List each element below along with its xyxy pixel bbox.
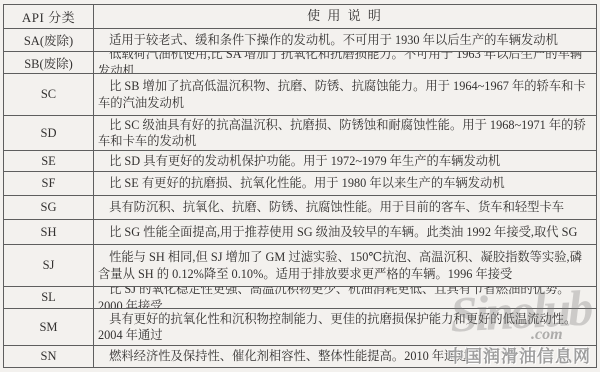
api-category-cell: SM [4, 309, 94, 345]
table-row-sn: SN 燃料经济性及保持性、催化剂相容性、整体性能提高。2010 年通过 [4, 346, 596, 367]
usage-description-text: 适用于较老式、缓和条件下操作的发动机。不可用于 1930 年以后生产的车辆发动机 [98, 32, 558, 49]
usage-description-cell: 比 SG 性能全面提高,用于推荐使用 SG 级油及较早的车辆。此类油 1992 … [94, 220, 596, 244]
api-category-cell: SA(废除) [4, 29, 94, 51]
usage-description-cell: 性能与 SH 相同,但 SJ 增加了 GM 过滤实验、150℃抗泡、高温沉积、凝… [94, 245, 596, 286]
column-header-usage-notes-label: 使 用 说 明 [307, 8, 383, 25]
table-row-sa: SA(废除) 适用于较老式、缓和条件下操作的发动机。不可用于 1930 年以后生… [4, 29, 596, 52]
usage-description-cell: 比 SJ 的氧化稳定性更强、高温沉积物更少、机油消耗更低、且具有节省燃油的优势。… [94, 287, 596, 308]
usage-description-text: 比 SE 有更好的抗磨损、抗氧化性能。用于 1980 年以来生产的车辆发动机 [98, 175, 505, 192]
api-category-cell: SN [4, 346, 94, 367]
usage-description-text: 性能与 SH 相同,但 SJ 增加了 GM 过滤实验、150℃抗泡、高温沉积、凝… [98, 249, 590, 282]
usage-description-text: 比 SC 级油具有好的抗高温沉积、抗磨损、防锈蚀和耐腐蚀性能。用于 1968~1… [98, 117, 590, 150]
scanned-table-page: API 分类 使 用 说 明 SA(废除) 适用于较老式、缓和条件下操作的发动机… [0, 0, 600, 372]
api-category-cell: SE [4, 151, 94, 171]
column-header-api-category: API 分类 [4, 5, 94, 28]
table-header-row: API 分类 使 用 说 明 [4, 5, 596, 29]
usage-description-text: 具有更好的抗氧化性和沉积物控制能力、更佳的抗磨损保护能力和更好的低温流动性。20… [98, 311, 590, 344]
usage-description-cell: 比 SC 级油具有好的抗高温沉积、抗磨损、防锈蚀和耐腐蚀性能。用于 1968~1… [94, 116, 596, 150]
usage-description-cell: 比 SE 有更好的抗磨损、抗氧化性能。用于 1980 年以来生产的车辆发动机 [94, 172, 596, 195]
usage-description-text: 燃料经济性及保持性、催化剂相容性、整体性能提高。2010 年通过 [98, 348, 469, 365]
usage-description-text: 比 SJ 的氧化稳定性更强、高温沉积物更少、机油消耗更低、且具有节省燃油的优势。… [98, 287, 590, 308]
api-category-cell: SC [4, 74, 94, 115]
table-row-sf: SF 比 SE 有更好的抗磨损、抗氧化性能。用于 1980 年以来生产的车辆发动… [4, 172, 596, 196]
usage-description-cell: 具有防沉积、抗氧化、抗磨、防锈、抗腐蚀性能。用于目前的客车、货车和轻型卡车 [94, 196, 596, 219]
api-category-cell: SB(废除) [4, 52, 94, 73]
usage-description-cell: 具有更好的抗氧化性和沉积物控制能力、更佳的抗磨损保护能力和更好的低温流动性。20… [94, 309, 596, 345]
api-category-cell: SD [4, 116, 94, 150]
usage-description-text: 具有防沉积、抗氧化、抗磨、防锈、抗腐蚀性能。用于目前的客车、货车和轻型卡车 [98, 199, 564, 216]
usage-description-text: 比 SG 性能全面提高,用于推荐使用 SG 级油及较早的车辆。此类油 1992 … [98, 224, 577, 241]
table-row-sb: SB(废除) 低载荷汽油机使用,比 SA 增加了抗氧化和抗磨损能力。不可用于 1… [4, 52, 596, 74]
api-category-cell: SJ [4, 245, 94, 286]
table-row-sh: SH 比 SG 性能全面提高,用于推荐使用 SG 级油及较早的车辆。此类油 19… [4, 220, 596, 245]
table-row-se: SE 比 SD 具有更好的发动机保护功能。用于 1972~1979 年生产的车辆… [4, 151, 596, 172]
api-category-cell: SH [4, 220, 94, 244]
api-category-cell: SL [4, 287, 94, 308]
table-row-sg: SG 具有防沉积、抗氧化、抗磨、防锈、抗腐蚀性能。用于目前的客车、货车和轻型卡车 [4, 196, 596, 220]
column-header-usage-notes: 使 用 说 明 [94, 5, 596, 28]
table-row-sm: SM 具有更好的抗氧化性和沉积物控制能力、更佳的抗磨损保护能力和更好的低温流动性… [4, 309, 596, 346]
usage-description-text: 低载荷汽油机使用,比 SA 增加了抗氧化和抗磨损能力。不可用于 1963 年以后… [98, 52, 590, 73]
usage-description-text: 比 SB 增加了抗高低温沉积物、抗磨、防锈、抗腐蚀能力。用于 1964~1967… [98, 78, 590, 111]
table-row-sd: SD 比 SC 级油具有好的抗高温沉积、抗磨损、防锈蚀和耐腐蚀性能。用于 196… [4, 116, 596, 151]
table-row-sl: SL 比 SJ 的氧化稳定性更强、高温沉积物更少、机油消耗更低、且具有节省燃油的… [4, 287, 596, 309]
table-row-sj: SJ 性能与 SH 相同,但 SJ 增加了 GM 过滤实验、150℃抗泡、高温沉… [4, 245, 596, 287]
api-oil-classification-table: API 分类 使 用 说 明 SA(废除) 适用于较老式、缓和条件下操作的发动机… [3, 4, 597, 368]
table-row-sc: SC 比 SB 增加了抗高低温沉积物、抗磨、防锈、抗腐蚀能力。用于 1964~1… [4, 74, 596, 116]
usage-description-cell: 燃料经济性及保持性、催化剂相容性、整体性能提高。2010 年通过 [94, 346, 596, 367]
usage-description-cell: 低载荷汽油机使用,比 SA 增加了抗氧化和抗磨损能力。不可用于 1963 年以后… [94, 52, 596, 73]
usage-description-cell: 比 SB 增加了抗高低温沉积物、抗磨、防锈、抗腐蚀能力。用于 1964~1967… [94, 74, 596, 115]
usage-description-text: 比 SD 具有更好的发动机保护功能。用于 1972~1979 年生产的车辆发动机 [98, 153, 500, 170]
usage-description-cell: 适用于较老式、缓和条件下操作的发动机。不可用于 1930 年以后生产的车辆发动机 [94, 29, 596, 51]
api-category-cell: SG [4, 196, 94, 219]
usage-description-cell: 比 SD 具有更好的发动机保护功能。用于 1972~1979 年生产的车辆发动机 [94, 151, 596, 171]
api-category-cell: SF [4, 172, 94, 195]
